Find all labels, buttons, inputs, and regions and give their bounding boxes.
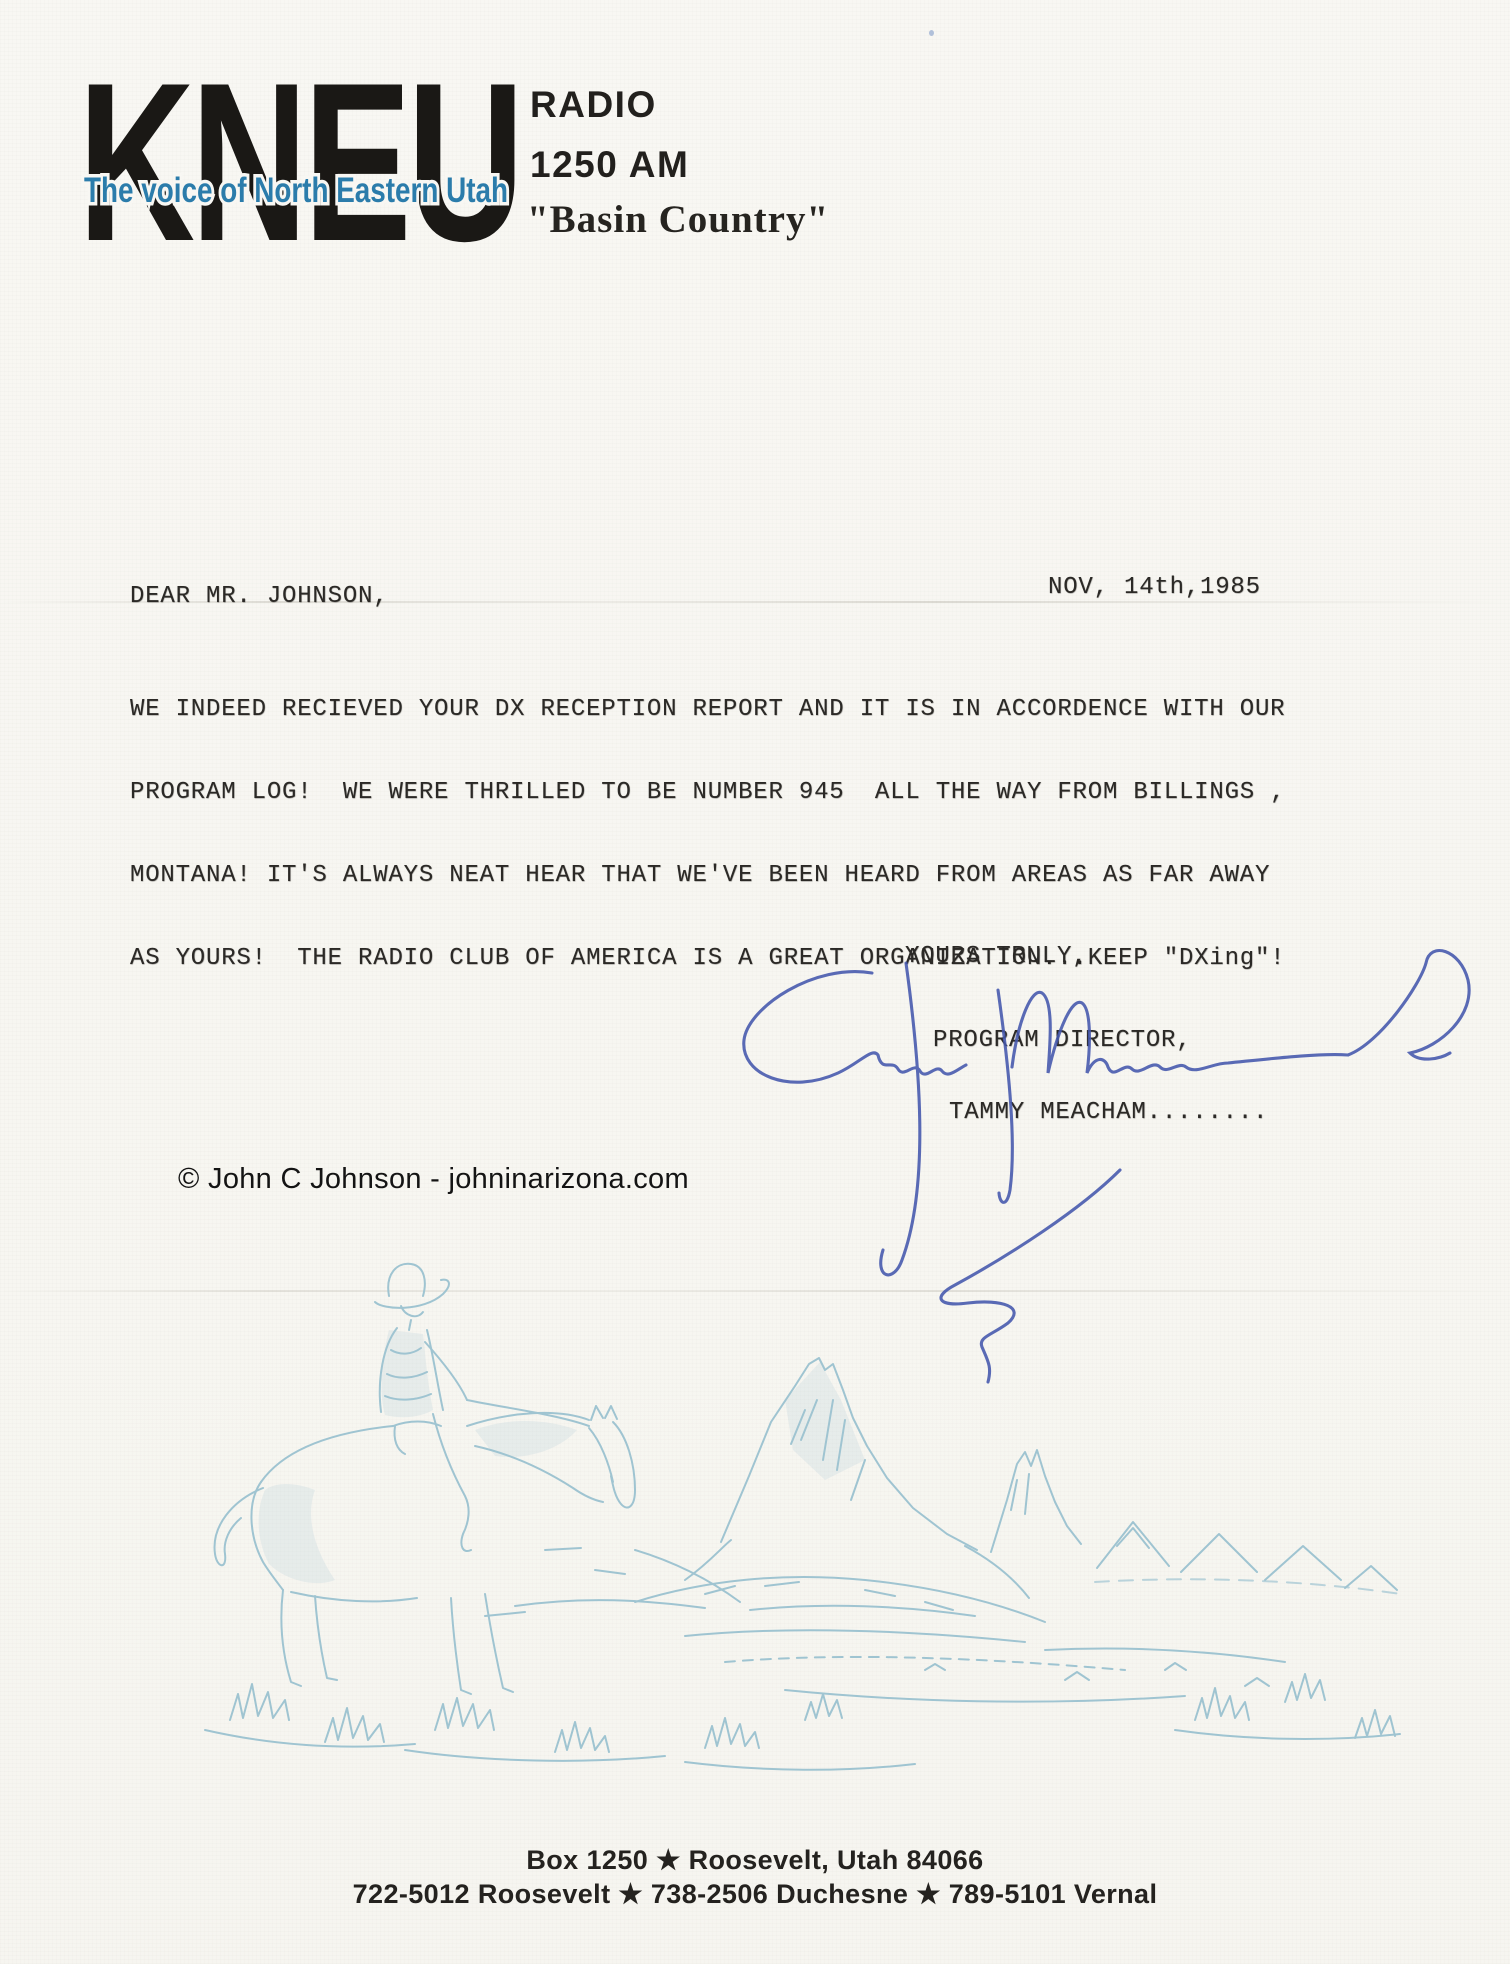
footer-address-line: Box 1250 ★ Roosevelt, Utah 84066 (0, 1845, 1510, 1876)
kneu-logo: KNEU The voice of North Eastern Utah (76, 70, 536, 260)
body-line: WE INDEED RECIEVED YOUR DX RECEPTION REP… (130, 695, 1285, 724)
far-rock-formations (991, 1450, 1401, 1594)
cowboy-desert-illustration (165, 1250, 1405, 1780)
signature-stroke (1012, 951, 1469, 1073)
signature-stroke (998, 990, 1012, 1202)
logo-text: KNEU (78, 70, 520, 260)
station-frequency: 1250 AM (530, 144, 689, 186)
letter-salutation: DEAR MR. JOHNSON, (130, 583, 388, 610)
butte-spire (635, 1358, 1045, 1622)
station-slogan: "Basin Country" (527, 197, 829, 242)
desert-floor (485, 1548, 1285, 1702)
signature-stroke (881, 963, 920, 1275)
letter-date: NOV, 14th,1985 (1048, 574, 1261, 601)
sketch-shading (259, 1330, 865, 1583)
station-radio-label: RADIO (530, 84, 657, 126)
scanned-letter-page: KNEU The voice of North Eastern Utah RAD… (0, 0, 1510, 1964)
copyright-watermark: © John C Johnson - johninarizona.com (178, 1163, 689, 1196)
ink-speck (929, 30, 934, 36)
footer-phones-line: 722-5012 Roosevelt ★ 738-2506 Duchesne ★… (0, 1879, 1510, 1910)
body-line: MONTANA! IT'S ALWAYS NEAT HEAR THAT WE'V… (130, 861, 1285, 890)
body-line: PROGRAM LOG! WE WERE THRILLED TO BE NUMB… (130, 778, 1285, 807)
brush-and-grass (205, 1674, 1400, 1770)
logo-tagline: The voice of North Eastern Utah (84, 171, 508, 210)
signature-stroke (744, 972, 966, 1083)
